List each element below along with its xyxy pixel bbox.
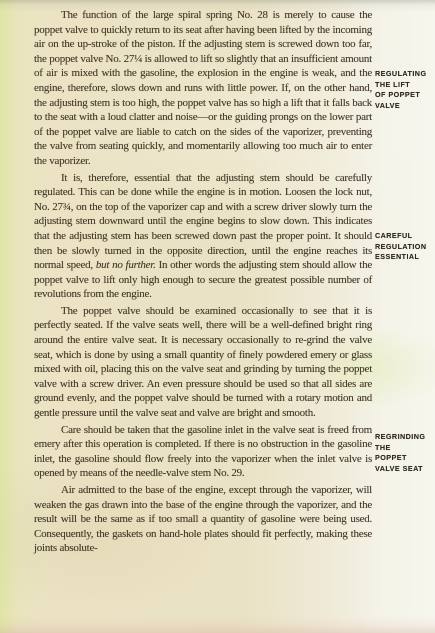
scanned-book-page: The function of the large spiral spring … bbox=[0, 0, 435, 633]
paragraph-careful-regulation-pre: It is, therefore, essential that the adj… bbox=[34, 172, 372, 272]
paragraph-gasoline-inlet: Care should be taken that the gasoline i… bbox=[34, 423, 372, 481]
page-body-text: The function of the large spiral spring … bbox=[34, 8, 372, 558]
paragraph-spring-function: The function of the large spiral spring … bbox=[34, 8, 372, 169]
paragraph-valve-seating: The poppet valve should be examined occa… bbox=[34, 304, 372, 421]
margin-note-regulating-lift: REGULATING THE LIFT OF POPPET VALVE bbox=[375, 69, 435, 111]
margin-note-careful-regulation: CAREFUL REGULATION ESSENTIAL bbox=[375, 231, 435, 263]
paragraph-careful-regulation: It is, therefore, essential that the adj… bbox=[34, 171, 372, 302]
emphasized-phrase: but no further. bbox=[96, 259, 156, 271]
margin-note-regrinding-seat: REGRINDING THE POPPET VALVE SEAT bbox=[375, 432, 435, 474]
paragraph-air-admitted: Air admitted to the base of the engine, … bbox=[34, 483, 372, 556]
